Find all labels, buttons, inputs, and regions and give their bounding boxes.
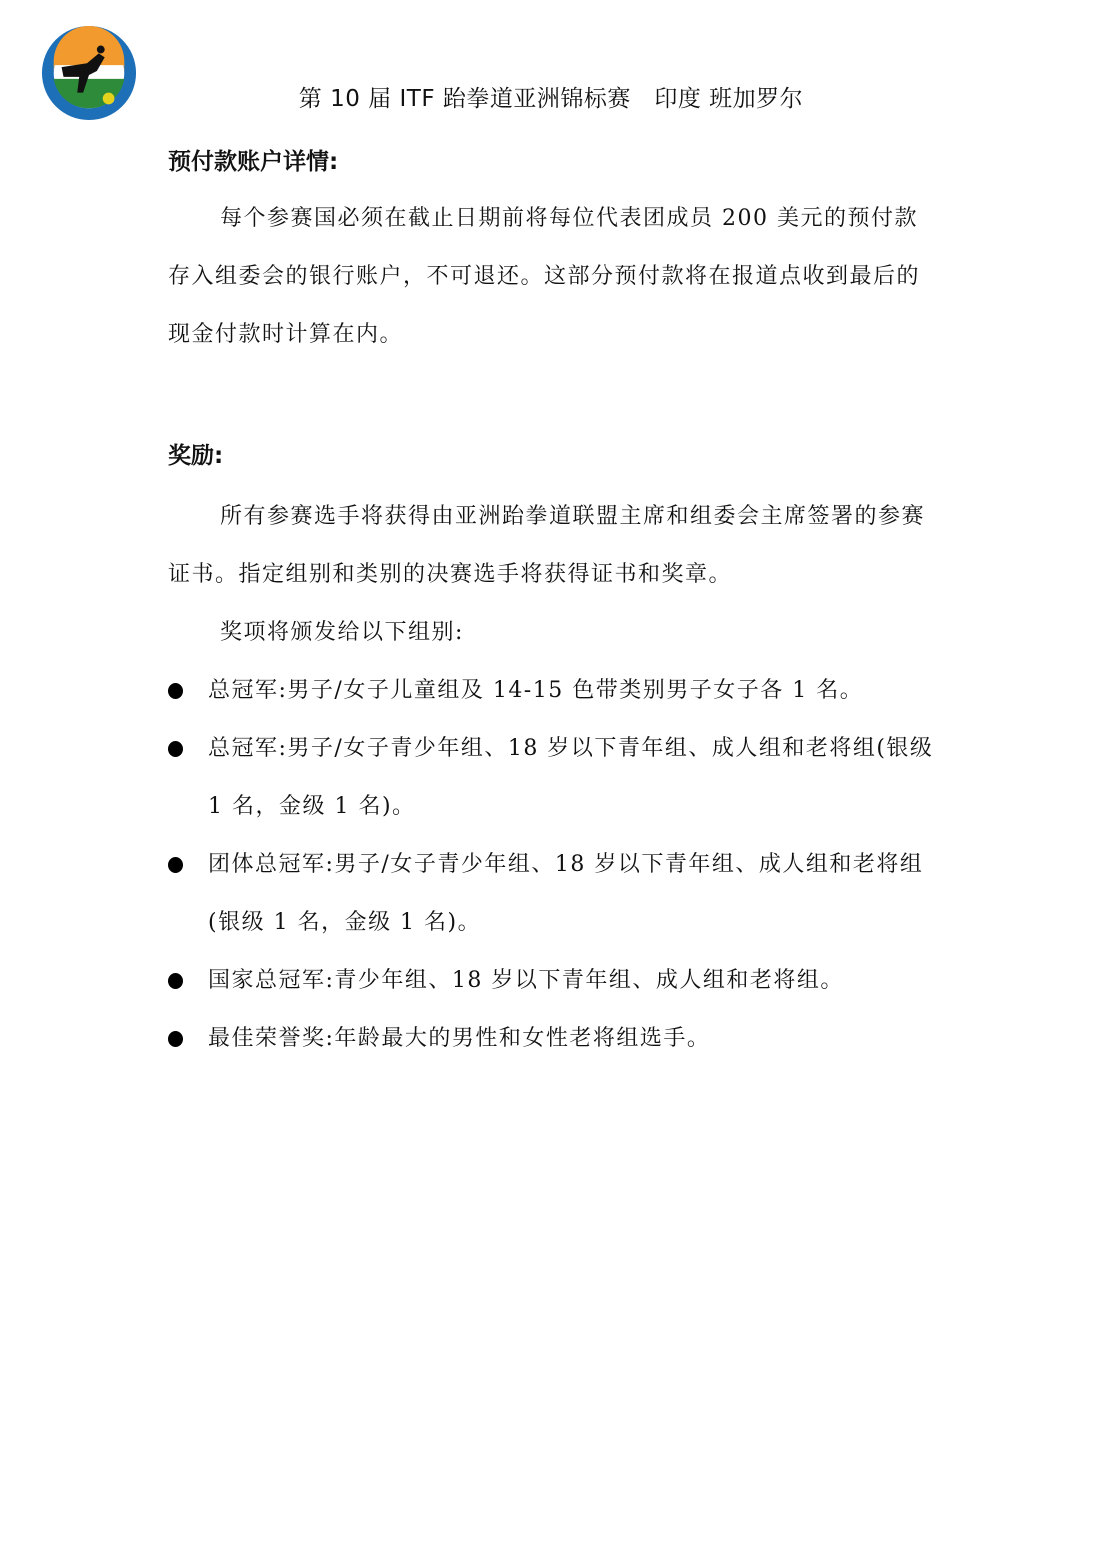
prepayment-section: 预付款账户详情: 每个参赛国必须在截止日期前将每位代表团成员 200 美元的预付… (168, 140, 938, 364)
bullet-icon (168, 683, 183, 699)
list-item: 团体总冠军:男子/女子青少年组、18 岁以下青年组、成人组和老将组(银级 1 名… (168, 836, 938, 952)
awards-intro: 奖项将颁发给以下组别: (168, 604, 938, 662)
list-item: 总冠军:男子/女子青少年组、18 岁以下青年组、成人组和老将组(银级 1 名，金… (168, 720, 938, 836)
list-item: 总冠军:男子/女子儿童组及 14-15 色带类别男子女子各 1 名。 (168, 662, 938, 720)
section-heading-awards: 奖励: (168, 434, 938, 478)
bullet-icon (168, 857, 183, 873)
awards-paragraph: 所有参赛选手将获得由亚洲跆拳道联盟主席和组委会主席签署的参赛证书。指定组别和类别… (168, 488, 938, 604)
list-item: 最佳荣誉奖:年龄最大的男性和女性老将组选手。 (168, 1010, 938, 1068)
document-title: 第 10 届 ITF 跆拳道亚洲锦标赛 印度 班加罗尔 (0, 80, 1102, 113)
awards-section: 奖励: 所有参赛选手将获得由亚洲跆拳道联盟主席和组委会主席签署的参赛证书。指定组… (168, 434, 938, 1068)
section-heading-prepayment: 预付款账户详情: (168, 140, 938, 184)
bullet-icon (168, 1031, 183, 1047)
prepayment-paragraph: 每个参赛国必须在截止日期前将每位代表团成员 200 美元的预付款存入组委会的银行… (168, 190, 938, 364)
bullet-icon (168, 741, 183, 757)
document-body: 预付款账户详情: 每个参赛国必须在截止日期前将每位代表团成员 200 美元的预付… (168, 140, 938, 1068)
list-item: 国家总冠军:青少年组、18 岁以下青年组、成人组和老将组。 (168, 952, 938, 1010)
awards-list: 总冠军:男子/女子儿童组及 14-15 色带类别男子女子各 1 名。 总冠军:男… (168, 662, 938, 1068)
bullet-icon (168, 973, 183, 989)
